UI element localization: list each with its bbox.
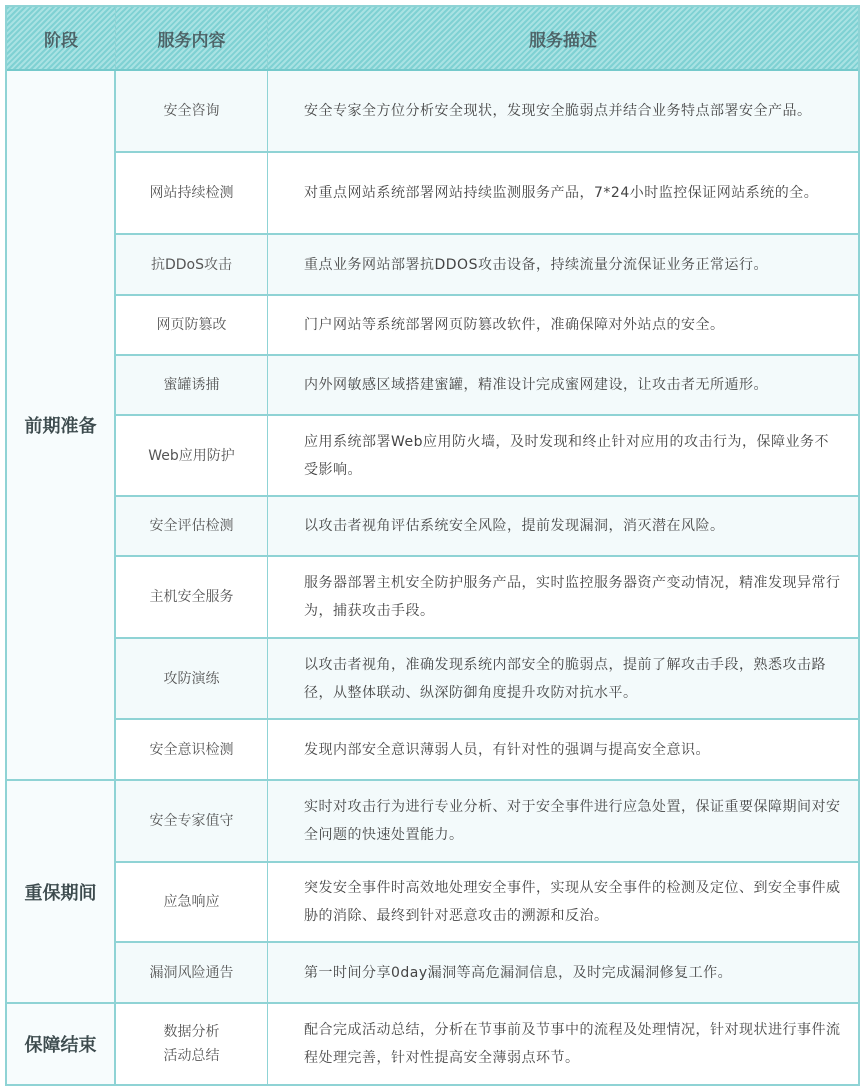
header-phase: 阶段 <box>7 7 116 69</box>
description-cell: 以攻击者视角，准确发现系统内部安全的脆弱点，提前了解攻击手段，熟悉攻击路径，从整… <box>268 639 858 718</box>
service-cell: 抗DDoS攻击 <box>116 235 268 294</box>
description-cell: 发现内部安全意识薄弱人员，有针对性的强调与提高安全意识。 <box>268 720 858 779</box>
service-cell: 安全专家值守 <box>116 781 268 861</box>
table-row: 安全专家值守 实时对攻击行为进行专业分析、对于安全事件进行应急处置，保证重要保障… <box>116 781 858 863</box>
description-cell: 实时对攻击行为进行专业分析、对于安全事件进行应急处置，保证重要保障期间对安全问题… <box>268 781 858 861</box>
description-cell: 配合完成活动总结，分析在节事前及节事中的流程及处理情况，针对现状进行事件流程处理… <box>268 1004 858 1084</box>
table-row: 攻防演练 以攻击者视角，准确发现系统内部安全的脆弱点，提前了解攻击手段，熟悉攻击… <box>116 639 858 720</box>
table-row: Web应用防护 应用系统部署Web应用防火墙，及时发现和终止针对应用的攻击行为，… <box>116 416 858 497</box>
service-cell: 安全咨询 <box>116 71 268 151</box>
table-row: 漏洞风险通告 第一时间分享0day漏洞等高危漏洞信息，及时完成漏洞修复工作。 <box>116 943 858 1004</box>
table-row: 安全评估检测 以攻击者视角评估系统安全风险，提前发现漏洞，消灭潜在风险。 <box>116 497 858 557</box>
table-header: 阶段 服务内容 服务描述 <box>7 7 858 71</box>
service-cell: 安全意识检测 <box>116 720 268 779</box>
service-cell: Web应用防护 <box>116 416 268 495</box>
description-cell: 安全专家全方位分析安全现状，发现安全脆弱点并结合业务特点部署安全产品。 <box>268 71 858 151</box>
description-cell: 以攻击者视角评估系统安全风险，提前发现漏洞，消灭潜在风险。 <box>268 497 858 555</box>
table-row: 抗DDoS攻击 重点业务网站部署抗DDOS攻击设备，持续流量分流保证业务正常运行… <box>116 235 858 296</box>
phase-cell: 重保期间 <box>7 781 116 1004</box>
service-cell: 应急响应 <box>116 863 268 941</box>
service-table: 阶段 服务内容 服务描述 前期准备 安全咨询 安全专家全方位分析安全现状，发现安… <box>5 5 860 1086</box>
description-cell: 对重点网站系统部署网站持续监测服务产品，7*24小时监控保证网站系统的全。 <box>268 153 858 233</box>
description-cell: 第一时间分享0day漏洞等高危漏洞信息，及时完成漏洞修复工作。 <box>268 943 858 1002</box>
service-cell: 数据分析 活动总结 <box>116 1004 268 1084</box>
table-row: 网页防篡改 门户网站等系统部署网页防篡改软件，准确保障对外站点的安全。 <box>116 296 858 356</box>
description-cell: 内外网敏感区域搭建蜜罐，精准设计完成蜜网建设，让攻击者无所遁形。 <box>268 356 858 414</box>
description-cell: 门户网站等系统部署网页防篡改软件，准确保障对外站点的安全。 <box>268 296 858 354</box>
table-row: 网站持续检测 对重点网站系统部署网站持续监测服务产品，7*24小时监控保证网站系… <box>116 153 858 235</box>
phase-cell: 保障结束 <box>7 1004 116 1084</box>
service-cell: 网页防篡改 <box>116 296 268 354</box>
service-cell: 安全评估检测 <box>116 497 268 555</box>
description-cell: 突发安全事件时高效地处理安全事件，实现从安全事件的检测及定位、到安全事件威胁的消… <box>268 863 858 941</box>
table-row: 应急响应 突发安全事件时高效地处理安全事件，实现从安全事件的检测及定位、到安全事… <box>116 863 858 943</box>
table-row: 安全意识检测 发现内部安全意识薄弱人员，有针对性的强调与提高安全意识。 <box>116 720 858 781</box>
table-row: 主机安全服务 服务器部署主机安全防护服务产品，实时监控服务器资产变动情况，精准发… <box>116 557 858 639</box>
phase-cell: 前期准备 <box>7 71 116 781</box>
service-cell: 攻防演练 <box>116 639 268 718</box>
header-description: 服务描述 <box>268 7 858 69</box>
service-cell: 蜜罐诱捕 <box>116 356 268 414</box>
table-row: 蜜罐诱捕 内外网敏感区域搭建蜜罐，精准设计完成蜜网建设，让攻击者无所遁形。 <box>116 356 858 416</box>
service-cell: 网站持续检测 <box>116 153 268 233</box>
table-row: 数据分析 活动总结 配合完成活动总结，分析在节事前及节事中的流程及处理情况，针对… <box>116 1004 858 1084</box>
service-cell: 主机安全服务 <box>116 557 268 637</box>
service-cell: 漏洞风险通告 <box>116 943 268 1002</box>
description-cell: 重点业务网站部署抗DDOS攻击设备，持续流量分流保证业务正常运行。 <box>268 235 858 294</box>
table-row: 安全咨询 安全专家全方位分析安全现状，发现安全脆弱点并结合业务特点部署安全产品。 <box>116 71 858 153</box>
description-cell: 服务器部署主机安全防护服务产品，实时监控服务器资产变动情况，精准发现异常行为，捕… <box>268 557 858 637</box>
description-cell: 应用系统部署Web应用防火墙，及时发现和终止针对应用的攻击行为，保障业务不受影响… <box>268 416 858 495</box>
header-service: 服务内容 <box>116 7 268 69</box>
